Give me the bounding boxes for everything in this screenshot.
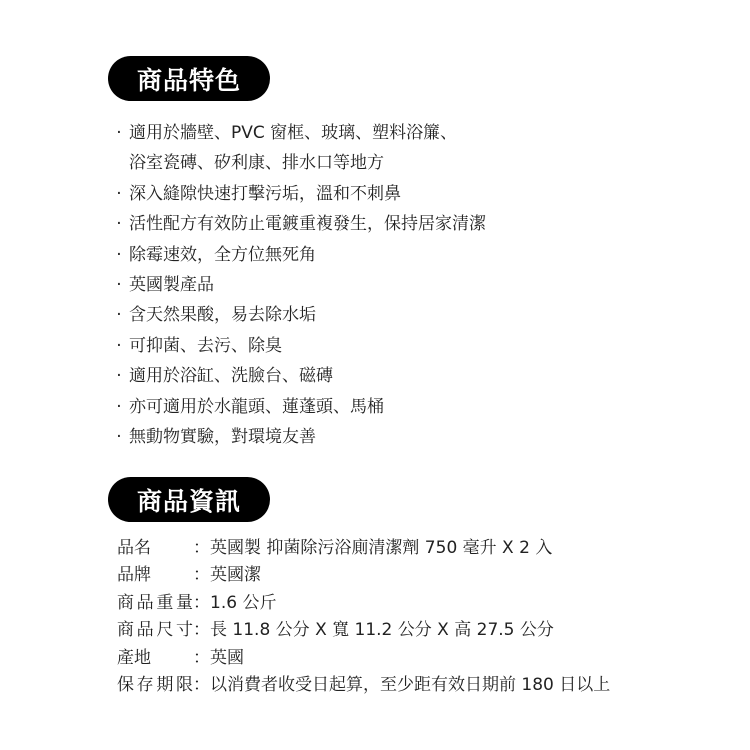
info-label: 品牌 [117, 562, 193, 589]
features-section-title: 商品特色 [108, 56, 270, 101]
info-colon: ： [193, 535, 210, 562]
info-colon: ： [193, 672, 210, 699]
bullet-dot-icon: · [114, 422, 124, 452]
feature-text: 深入縫隙快速打擊污垢，溫和不刺鼻 [129, 179, 486, 209]
bullet-dot-icon: · [114, 179, 124, 209]
feature-item: · 無動物實驗，對環境友善 [112, 422, 486, 452]
info-row-weight: 商品重量 ： 1.6 公斤 [117, 590, 610, 617]
features-title-text: 商品特色 [137, 61, 241, 97]
feature-item: · 亦可適用於水龍頭、蓮蓬頭、馬桶 [112, 392, 486, 422]
info-row-dimensions: 商品尺寸 ： 長 11.8 公分 X 寬 11.2 公分 X 高 27.5 公分 [117, 617, 610, 644]
bullet-dot-icon: · [114, 300, 124, 330]
features-list: · 適用於牆壁、PVC 窗框、玻璃、塑料浴簾、 浴室瓷磚、矽利康、排水口等地方 … [112, 118, 486, 452]
bullet-dot-icon: · [114, 118, 124, 148]
feature-item: · 除霉速效，全方位無死角 [112, 240, 486, 270]
feature-item: · 適用於浴缸、洗臉台、磁磚 [112, 361, 486, 391]
info-value: 1.6 公斤 [210, 590, 276, 617]
bullet-dot-icon: · [114, 331, 124, 361]
bullet-dot-icon: · [114, 361, 124, 391]
info-row-brand: 品牌 ： 英國潔 [117, 562, 610, 589]
feature-text: 可抑菌、去污、除臭 [129, 331, 486, 361]
info-row-origin: 產地 ： 英國 [117, 645, 610, 672]
feature-text: 無動物實驗，對環境友善 [129, 422, 486, 452]
info-label: 品名 [117, 535, 193, 562]
feature-text: 適用於浴缸、洗臉台、磁磚 [129, 361, 486, 391]
feature-item: · 含天然果酸，易去除水垢 [112, 300, 486, 330]
info-label: 商品重量 [117, 590, 193, 617]
bullet-dot-icon: · [114, 240, 124, 270]
info-row-name: 品名 ： 英國製 抑菌除污浴廁清潔劑 750 毫升 X 2 入 [117, 535, 610, 562]
bullet-dot-icon: · [114, 209, 124, 239]
info-value: 英國 [210, 645, 244, 672]
info-value: 英國製 抑菌除污浴廁清潔劑 750 毫升 X 2 入 [210, 535, 552, 562]
info-label: 保存期限 [117, 672, 193, 699]
info-section-title: 商品資訊 [108, 477, 270, 522]
info-colon: ： [193, 645, 210, 672]
feature-item: · 可抑菌、去污、除臭 [112, 331, 486, 361]
bullet-dot-icon: · [114, 392, 124, 422]
info-colon: ： [193, 562, 210, 589]
feature-item: · 適用於牆壁、PVC 窗框、玻璃、塑料浴簾、 浴室瓷磚、矽利康、排水口等地方 [112, 118, 486, 179]
info-colon: ： [193, 590, 210, 617]
feature-text: 活性配方有效防止電鍍重複發生，保持居家清潔 [129, 209, 486, 239]
info-colon: ： [193, 617, 210, 644]
info-label: 商品尺寸 [117, 617, 193, 644]
feature-item: · 活性配方有效防止電鍍重複發生，保持居家清潔 [112, 209, 486, 239]
feature-item: · 英國製產品 [112, 270, 486, 300]
feature-text: 除霉速效，全方位無死角 [129, 240, 486, 270]
product-info-table: 品名 ： 英國製 抑菌除污浴廁清潔劑 750 毫升 X 2 入 品牌 ： 英國潔… [117, 535, 610, 699]
feature-item: · 深入縫隙快速打擊污垢，溫和不刺鼻 [112, 179, 486, 209]
feature-text: 英國製產品 [129, 270, 486, 300]
info-value: 英國潔 [210, 562, 261, 589]
info-value: 長 11.8 公分 X 寬 11.2 公分 X 高 27.5 公分 [210, 617, 554, 644]
feature-text: 適用於牆壁、PVC 窗框、玻璃、塑料浴簾、 [129, 118, 486, 148]
feature-text: 含天然果酸，易去除水垢 [129, 300, 486, 330]
feature-text: 亦可適用於水龍頭、蓮蓬頭、馬桶 [129, 392, 486, 422]
info-label: 產地 [117, 645, 193, 672]
info-value: 以消費者收受日起算，至少距有效日期前 180 日以上 [210, 672, 610, 699]
feature-text-continued: 浴室瓷磚、矽利康、排水口等地方 [129, 148, 486, 178]
info-row-shelf-life: 保存期限 ： 以消費者收受日起算，至少距有效日期前 180 日以上 [117, 672, 610, 699]
info-title-text: 商品資訊 [137, 482, 241, 518]
bullet-dot-icon: · [114, 270, 124, 300]
